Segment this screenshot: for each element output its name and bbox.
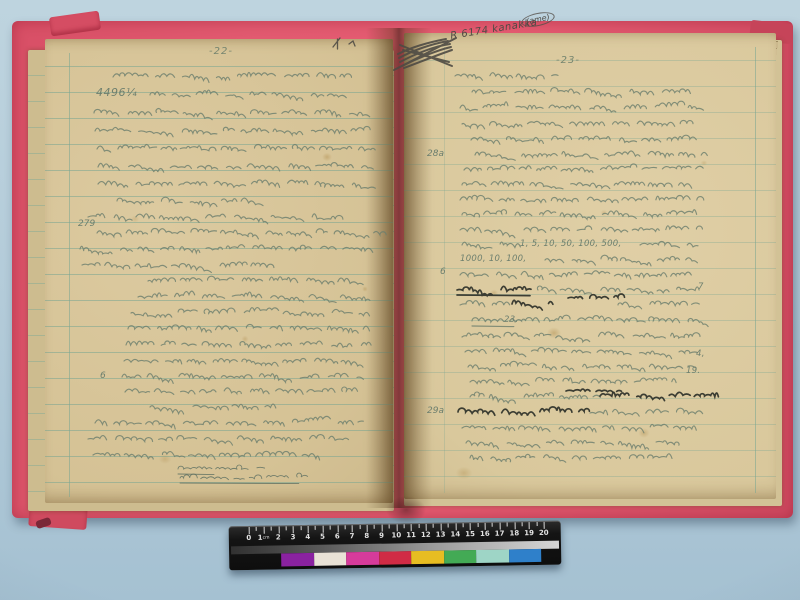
ruler-number: 17 bbox=[495, 530, 505, 538]
ruler-number: 10 bbox=[391, 531, 401, 539]
ruler-number: 3 bbox=[291, 533, 296, 541]
ruler-tick bbox=[293, 526, 294, 533]
ruler-tick bbox=[278, 526, 279, 533]
handwriting-stroke bbox=[95, 416, 363, 429]
legible-number-fragment: 1, 5, 10, 50, 100, 500, bbox=[520, 239, 622, 249]
handwriting-stroke bbox=[148, 276, 363, 284]
handwriting-stroke bbox=[462, 242, 520, 249]
handwriting-stroke bbox=[464, 164, 703, 173]
ruler-tick bbox=[344, 525, 345, 529]
ruler-tick bbox=[507, 522, 508, 526]
photo-of-manuscript: -22- -23- R 6174 kanakka (ame) 4496¼ 01c… bbox=[0, 0, 800, 600]
handwriting-stroke bbox=[457, 286, 531, 295]
ruler-tick bbox=[477, 523, 478, 527]
ruler-tick bbox=[381, 525, 382, 532]
ruler-tick bbox=[470, 523, 471, 530]
ruler-number: 9 bbox=[379, 532, 384, 540]
page-number-left: -22- bbox=[209, 46, 233, 57]
handwriting-stroke bbox=[466, 440, 679, 449]
ruler-tick bbox=[315, 526, 316, 530]
ruler-number: 6 bbox=[335, 532, 340, 540]
ruler-tick bbox=[300, 526, 301, 530]
ruler-tick bbox=[521, 522, 522, 526]
ruler-tick bbox=[337, 525, 338, 532]
legible-number-fragment: 23. bbox=[504, 315, 518, 325]
ruler-number: 20 bbox=[539, 529, 549, 537]
handwriting-stroke bbox=[470, 454, 672, 462]
ruler-number: 4 bbox=[305, 533, 310, 541]
color-patch bbox=[509, 549, 542, 563]
color-patch bbox=[346, 552, 379, 566]
ruler-tick bbox=[330, 526, 331, 530]
handwriting-stroke bbox=[394, 38, 456, 70]
ruler-tick bbox=[263, 527, 264, 534]
handwriting-stroke bbox=[124, 358, 363, 367]
ruler-tick bbox=[359, 525, 360, 529]
ruler-number: 11 bbox=[406, 531, 416, 539]
ruler-tick bbox=[374, 525, 375, 529]
handwriting-stroke bbox=[462, 120, 693, 128]
handwriting-stroke bbox=[462, 181, 692, 189]
handwriting-stroke bbox=[150, 90, 346, 101]
handwriting-stroke bbox=[568, 294, 625, 299]
ruler-tick bbox=[249, 527, 250, 534]
ruler-tick bbox=[544, 522, 545, 529]
ruler-tick bbox=[485, 523, 486, 530]
handwriting-stroke bbox=[460, 301, 510, 307]
color-patch bbox=[411, 551, 444, 565]
color-patch bbox=[379, 551, 412, 565]
handwriting-stroke bbox=[94, 109, 370, 120]
handwriting-stroke bbox=[97, 144, 375, 152]
handwriting-stroke bbox=[95, 126, 370, 136]
handwriting-stroke bbox=[512, 300, 553, 310]
ruler-tick bbox=[514, 522, 515, 529]
handwriting-stroke bbox=[460, 271, 691, 280]
legible-number-fragment: 4, bbox=[696, 349, 705, 359]
ruler-number: 0 bbox=[246, 534, 251, 542]
ruler-number: 8 bbox=[364, 532, 369, 540]
ruler-number: 1cm bbox=[258, 534, 270, 542]
handwriting-stroke bbox=[618, 301, 699, 309]
ruler-tick bbox=[418, 524, 419, 528]
legible-number-fragment: 7 bbox=[698, 282, 704, 292]
handwriting-stroke bbox=[113, 72, 352, 82]
handwriting-stroke bbox=[455, 73, 558, 81]
ruler-number: 2 bbox=[276, 533, 281, 541]
handwriting-stroke bbox=[131, 308, 370, 318]
ruler-number: 12 bbox=[421, 531, 431, 539]
handwriting-stroke bbox=[460, 226, 702, 238]
handwriting-stroke bbox=[462, 332, 700, 342]
ruler-tick bbox=[492, 523, 493, 527]
ruler-tick bbox=[396, 524, 397, 531]
legible-number-fragment: 19. bbox=[686, 366, 700, 376]
numeral-4496: 4496¼ bbox=[96, 86, 137, 99]
ruler-tick bbox=[308, 526, 309, 533]
handwriting-stroke bbox=[126, 341, 371, 348]
handwriting-stroke bbox=[590, 408, 703, 416]
handwriting-stroke bbox=[600, 392, 718, 400]
color-patch bbox=[476, 549, 509, 563]
handwriting-stroke bbox=[88, 435, 349, 446]
handwriting-stroke bbox=[178, 465, 265, 475]
handwriting-stroke bbox=[460, 101, 704, 112]
ruler-tick bbox=[286, 526, 287, 530]
handwriting-stroke bbox=[98, 180, 375, 189]
ruler-tick bbox=[411, 524, 412, 531]
handwriting-stroke bbox=[537, 286, 699, 294]
handwriting-stroke bbox=[460, 195, 704, 202]
color-patch bbox=[444, 550, 477, 564]
handwriting-stroke bbox=[470, 392, 600, 403]
ruler-tick bbox=[256, 527, 257, 531]
handwriting-stroke bbox=[150, 404, 276, 414]
handwriting-stroke bbox=[98, 163, 373, 173]
ruler-tick bbox=[403, 524, 404, 528]
ruler-tick bbox=[440, 524, 441, 531]
handwriting-stroke bbox=[88, 214, 343, 224]
handwriting-stroke bbox=[458, 407, 589, 416]
handwriting-stroke bbox=[93, 451, 320, 460]
handwriting-stroke bbox=[462, 424, 696, 432]
handwriting-stroke bbox=[462, 210, 697, 219]
ruler-tick bbox=[367, 525, 368, 532]
handwriting-stroke bbox=[117, 197, 263, 206]
ruler-tick bbox=[433, 524, 434, 528]
ruler-unit-label: cm bbox=[263, 536, 270, 541]
legible-number-fragment: 1000, 10, 100, bbox=[460, 254, 526, 264]
ruler-tick bbox=[426, 524, 427, 531]
ruler-tick bbox=[352, 525, 353, 532]
ruler-tick bbox=[448, 524, 449, 528]
ruler-tick bbox=[455, 523, 456, 530]
ruler-number: 7 bbox=[350, 532, 355, 540]
ruler-tick bbox=[271, 527, 272, 531]
handwriting-stroke bbox=[470, 377, 676, 385]
handwriting-stroke bbox=[468, 361, 696, 371]
handwriting-stroke bbox=[125, 387, 357, 394]
ruler-tick bbox=[536, 522, 537, 526]
handwriting-stroke bbox=[128, 324, 370, 333]
margin-number: 6 bbox=[100, 371, 106, 381]
handwriting-stroke bbox=[333, 38, 355, 49]
ruler-tick bbox=[389, 525, 390, 529]
margin-number: 29a bbox=[427, 406, 444, 416]
handwriting-stroke bbox=[545, 255, 697, 266]
ruler-number: 5 bbox=[320, 533, 325, 541]
margin-number: 28a bbox=[427, 149, 444, 159]
page-number-right: -23- bbox=[556, 55, 580, 66]
color-patch bbox=[314, 552, 347, 566]
handwriting-stroke bbox=[475, 151, 707, 160]
ruler-number: 19 bbox=[524, 529, 534, 537]
margin-number: 6 bbox=[440, 267, 446, 277]
ruler-number: 15 bbox=[465, 530, 475, 538]
ruler-number: 16 bbox=[480, 530, 490, 538]
handwriting-stroke bbox=[465, 348, 698, 359]
calibration-ruler: 01cm234567891011121314151617181920 bbox=[229, 521, 562, 571]
ruler-number: 18 bbox=[509, 529, 519, 537]
ruler-number: 13 bbox=[436, 531, 446, 539]
handwriting-stroke bbox=[138, 291, 370, 302]
handwriting-stroke bbox=[80, 245, 373, 254]
handwriting-stroke bbox=[82, 262, 274, 273]
ruler-tick bbox=[529, 522, 530, 529]
ruler-tick bbox=[322, 526, 323, 533]
ruler-tick bbox=[462, 523, 463, 527]
handwriting-stroke bbox=[472, 88, 690, 98]
color-patch bbox=[282, 553, 315, 567]
handwriting-stroke bbox=[640, 242, 698, 248]
ruler-number: 14 bbox=[450, 530, 460, 538]
handwriting-stroke bbox=[471, 135, 696, 144]
handwriting-stroke bbox=[122, 373, 363, 383]
ruler-tick bbox=[499, 523, 500, 530]
handwriting-stroke bbox=[97, 228, 386, 239]
margin-number: 279 bbox=[78, 219, 95, 229]
